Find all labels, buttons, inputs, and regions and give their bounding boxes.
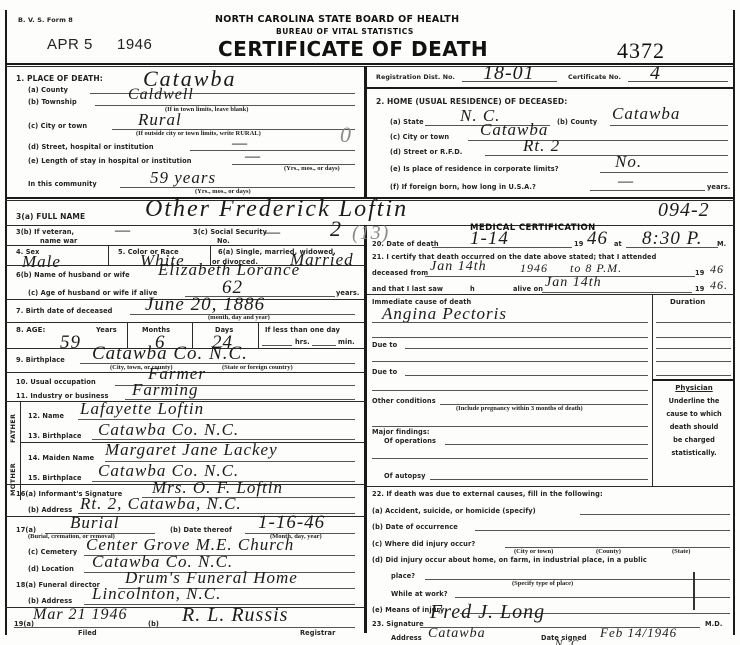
rule [5,322,365,323]
line [372,361,648,362]
line [405,375,648,376]
informant-address-label: (b) Address [28,506,72,514]
death-township-value: Caldwell [128,86,194,104]
due-to-2-label: Due to [372,368,397,376]
mother-birthplace-label: 15. Birthplace [28,474,82,482]
line [372,322,648,323]
physician-heading: Physician [655,382,733,395]
md-suffix: M.D. [705,620,722,628]
column-divider-bottom [364,225,367,633]
social-security-label-2: No. [217,237,230,245]
line [656,348,731,349]
injury-place-label: (d) Did injury occur about home, on farm… [372,556,647,564]
frame-right [733,10,735,635]
pen-stroke-mark [693,572,695,610]
veteran-label: 3(b) If veteran, [16,228,74,236]
certificate-serial: 4372 [617,38,665,64]
line [425,579,730,580]
age-years-value: 59 [60,332,81,354]
attended-from-label: deceased from [372,269,428,277]
registration-dist-label: Registration Dist. No. [376,74,455,81]
father-name-value: Lafayette Loftin [80,399,204,419]
last-seen-label: and that I last saw [372,285,443,293]
social-security-label: 3(c) Social Security [193,228,267,236]
divider [108,245,109,265]
age-label: 8. AGE: [16,326,45,334]
line [656,322,731,323]
physician-note-line: cause to which [655,408,733,421]
line [372,426,648,427]
birth-date-note: (month, day and year) [208,314,270,321]
burial-location-label: (d) Location [28,565,74,573]
physician-note-line: death should [655,421,733,434]
death-city-value: Rural [138,110,182,130]
physician-address-value: Catawba [428,626,486,642]
burial-date-value: 1-16-46 [258,512,325,534]
home-street-value: Rt. 2 [523,136,560,156]
death-county-label: (a) County [28,86,68,94]
certificate-no-label: Certificate No. [568,74,621,81]
line [462,81,557,82]
line [656,337,731,338]
attended-to-year: 46 [710,262,724,277]
external-causes-heading: 22. If death was due to external causes,… [372,490,603,498]
filed-date-value: Mar 21 1946 [33,606,128,624]
line [542,292,692,293]
header-rule [5,63,735,65]
injury-place-note: (Specify type of place) [512,580,573,587]
disposition-value: Burial [70,513,119,533]
corporate-limits-label: (e) Is place of residence in corporate l… [390,165,559,173]
age-years-label: Years [96,326,117,334]
attended-from-year: 1946 [520,261,548,276]
death-year-value: 46 [587,228,608,250]
divider [258,322,259,348]
rule [367,486,735,487]
duration-label: Duration [670,298,705,306]
death-city-label: (c) City or town [28,122,87,130]
veteran-value: — [115,220,131,240]
physician-note-line: statistically. [655,447,733,460]
industry-value: Farming [132,380,199,400]
other-conditions-label: Other conditions [372,397,436,405]
line [626,247,718,248]
line [610,125,728,126]
sex-value: Male [22,252,61,272]
home-street-label: (d) Street or R.F.D. [390,148,462,156]
veteran-label-2: name war [40,237,77,245]
death-certificate: B. V. S. Form 8 APR 5 1946 NORTH CAROLIN… [0,0,740,645]
funeral-director-address-value: Lincolnton, N.C. [92,584,221,604]
note-city: (City or town) [514,548,553,555]
received-stamp-date: APR 5 [47,36,93,53]
home-county-label: (b) County [557,118,597,126]
last-seen-pronoun: h [470,285,475,293]
registrar-caption: Registrar [300,629,335,637]
physician-address-label: Address [391,634,422,642]
rule [367,87,735,89]
attended-from-value: Jan 14th [430,259,487,275]
organization-name: NORTH CAROLINA STATE BOARD OF HEALTH [215,14,459,25]
line [656,361,731,362]
while-at-work-label: While at work? [391,590,448,598]
rule [367,294,735,295]
line [262,345,292,346]
other-conditions-note: (Include pregnancy within 3 months of de… [456,405,583,412]
father-name-label: 12. Name [28,412,64,420]
line [656,375,731,376]
last-seen-label-2: alive on [513,285,543,293]
corporate-limits-value: No. [615,152,642,172]
cemetery-label: (c) Cemetery [28,548,77,556]
foreign-born-value: — [618,171,634,191]
line [432,247,572,248]
note-county: (County) [596,548,621,555]
physician-note-box: Physician Underline the cause to which d… [655,382,733,460]
place-of-death-heading: 1. PLACE OF DEATH: [16,74,103,83]
note-state: (State) [672,548,690,555]
received-stamp-year: 1946 [117,36,152,53]
birthplace-value: Catawba Co. N.C. [92,343,248,365]
stay-note: (Yrs., mos., or days) [284,165,340,172]
line [372,458,648,459]
injury-location-label: (c) Where did injury occur? [372,540,475,548]
line [485,155,728,156]
line [372,390,648,391]
last-seen-value: Jan 14th [545,275,602,291]
physician-note-line: be charged [655,434,733,447]
burial-date-label: (b) Date thereof [170,526,232,534]
community-note: (Yrs., mos., or days) [195,188,251,195]
home-heading: 2. HOME (USUAL RESIDENCE) OF DECEASED: [376,97,567,106]
line [580,514,730,515]
birthplace-label: 9. Birthplace [16,356,65,364]
informant-address-value: Rt. 2, Catawba, N.C. [80,494,242,514]
line [455,597,730,598]
full-name-value: Other Frederick Loftin [145,196,408,223]
social-security-value: — [265,222,281,242]
rule [653,379,733,381]
at-label: at [614,240,622,248]
date-of-death-label: 20. Date of death [372,240,439,248]
father-birthplace-value: Catawba Co. N.C. [98,420,239,440]
attended-to-value: to 8 P.M. [570,261,622,276]
duration-column-divider [652,294,653,486]
immediate-cause-value: Angina Pectoris [382,304,507,324]
filed-caption: Filed [78,629,97,637]
line [590,190,705,191]
community-label: In this community [28,180,97,188]
age-min-label: min. [338,338,355,346]
column-divider-top [364,66,367,198]
full-name-label: 3(a) FULL NAME [16,212,85,221]
father-side-label: FATHER [9,414,17,443]
foreign-born-unit: years. [707,183,731,191]
line [468,140,728,141]
physician-address-state: N. C. [555,638,583,645]
community-value: 59 years [150,168,216,188]
line [628,81,728,82]
less-than-day-label: If less than one day [265,326,340,334]
pencil-margin-mark: 0 [340,122,352,148]
last-seen-year: 46. [710,278,728,293]
physician-signature-label: 23. Signature [372,620,424,628]
spouse-age-unit: years. [336,289,360,297]
major-findings-label: Major findings: [372,428,430,436]
age-hrs-label: hrs. [295,338,310,346]
line [190,150,355,151]
pencil-mark: 2 [330,216,342,242]
mother-name-value: Margaret Jane Lackey [105,440,278,460]
accident-label: (a) Accident, suicide, or homicide (spec… [372,507,536,515]
line [430,479,648,480]
injury-place-label-2: place? [391,572,415,580]
parents-side-divider [20,401,21,500]
line [372,337,648,338]
year-prefix: 19 [574,240,583,248]
time-suffix: M. [717,240,726,248]
birthplace-note-state: (State or foreign country) [222,364,293,371]
mother-name-label: 14. Maiden Name [28,454,94,462]
header-rule-thin [5,66,735,67]
death-street-label: (d) Street, hospital or institution [28,143,154,151]
autopsy-label: Of autopsy [384,472,426,480]
occupation-label: 10. Usual occupation [16,378,96,386]
hospital-stay-label: (e) Length of stay in hospital or instit… [28,157,192,165]
line [312,345,336,346]
spouse-age-label: (c) Age of husband or wife if alive [28,289,157,297]
birth-date-label: 7. Birth date of deceased [16,307,113,315]
birth-date-value: June 20, 1886 [145,294,265,316]
year-prefix: 19 [695,269,704,277]
funeral-director-label: 18(a) Funeral director [16,581,100,589]
date-signed-value: Feb 14/1946 [600,625,677,641]
certify-statement: 21. I certify that death occurred on the… [372,253,656,261]
physician-note-line: Underline the [655,395,733,408]
name-code: 094-2 [658,199,710,222]
hospital-stay-value: — [245,146,261,166]
foreign-born-label: (f) If foreign born, how long in U.S.A.? [390,183,536,191]
line [475,530,730,531]
death-township-label: (b) Township [28,98,77,106]
line [445,444,648,445]
due-to-1-label: Due to [372,341,397,349]
bureau-name: BUREAU OF VITAL STATISTICS [276,27,414,36]
registrar-signature-value: R. L. Russis [182,604,288,627]
father-birthplace-label: 13. Birthplace [28,432,82,440]
line [405,348,648,349]
operations-label: Of operations [384,437,436,445]
form-id: B. V. S. Form 8 [18,16,73,24]
home-city-label: (c) City or town [390,133,449,141]
funeral-director-address-label: (b) Address [28,597,72,605]
year-prefix: 19 [695,285,704,293]
line [14,627,355,628]
rule [5,245,365,246]
page-title: CERTIFICATE OF DEATH [218,37,488,61]
spouse-name-label: 6(b) Name of husband or wife [16,271,130,279]
occurrence-date-label: (b) Date of occurrence [372,523,458,531]
home-county-value: Catawba [612,104,680,124]
physician-signature-value: Fred J. Long [430,601,545,624]
home-state-label: (a) State [390,118,424,126]
